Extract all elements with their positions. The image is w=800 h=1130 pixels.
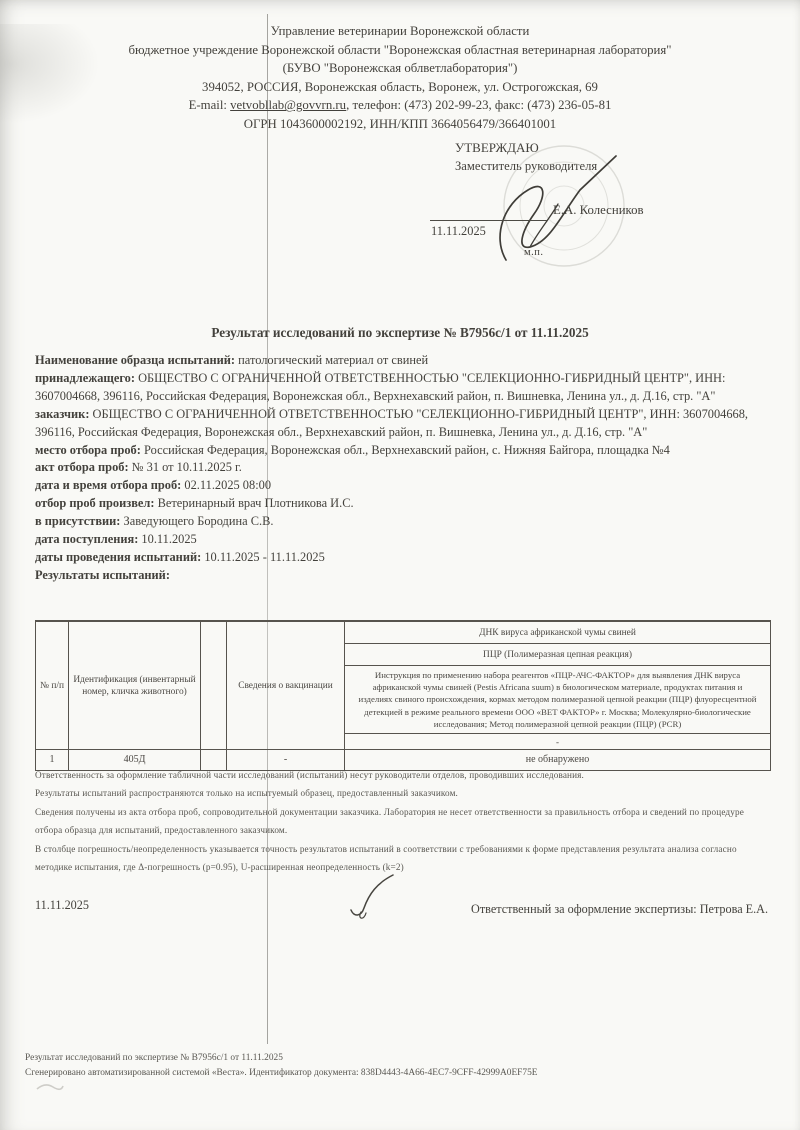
test-subheader: - [345,734,771,750]
org-short-name: (БУВО "Воронежская облветлаборатория") [30,59,770,78]
report-title: Результат исследований по экспертизе № В… [30,325,770,341]
results-table: № п/п Идентификация (инвентарный номер, … [35,620,771,771]
report-date: 11.11.2025 [35,898,89,913]
document-footer: Результат исследований по экспертизе № В… [25,1051,785,1081]
responsible-person-line: Ответственный за оформление экспертизы: … [471,902,768,917]
field-sampling-place: место отбора проб: Российская Федерация,… [35,442,775,460]
footer-expertise-line: Результат исследований по экспертизе № В… [25,1051,785,1066]
note-line: В столбце погрешность/неопределенность у… [35,840,773,877]
test-method-header: ПЦР (Полимеразная цепная реакция) [345,644,771,666]
org-name: бюджетное учреждение Воронежской области… [30,41,770,60]
note-line: Ответственность за оформление табличной … [35,766,773,784]
test-description-header: Инструкция по применению набора реагенто… [345,666,771,734]
org-header: Управление ветеринарии Воронежской облас… [30,22,770,134]
field-sampling-act: акт отбора проб: № 31 от 10.11.2025 г. [35,459,775,477]
approver-name: Е.А. Колесников [553,203,644,218]
executor-signature-icon [345,872,397,924]
org-authority: Управление ветеринарии Воронежской облас… [30,22,770,41]
col-header-vaccination: Сведения о вакцинации [227,621,345,750]
scanned-document-page: Управление ветеринарии Воронежской облас… [0,0,800,1130]
email-label: E-mail: [189,98,227,112]
sample-fields: Наименование образца испытаний: патологи… [35,352,775,585]
disclaimer-notes: Ответственность за оформление табличной … [35,766,773,876]
signature-line [430,198,547,221]
field-results-heading: Результаты испытаний: [35,567,775,585]
col-header-identification: Идентификация (инвентарный номер, кличка… [69,621,201,750]
field-sample-name: Наименование образца испытаний: патологи… [35,352,775,370]
footer-generated-line: Сгенерировано автоматизированной системо… [25,1066,785,1081]
seal-place-mark: м.п. [524,247,544,258]
org-registration-numbers: ОГРН 1043600002192, ИНН/КПП 3664056479/3… [30,115,770,134]
field-owner: принадлежащего: ОБЩЕСТВО С ОГРАНИЧЕННОЙ … [35,370,775,406]
col-header-empty [201,621,227,750]
org-address: 394052, РОССИЯ, Воронежская область, Вор… [30,78,770,97]
field-customer: заказчик: ОБЩЕСТВО С ОГРАНИЧЕННОЙ ОТВЕТС… [35,406,775,442]
field-sampling-datetime: дата и время отбора проб: 02.11.2025 08:… [35,477,775,495]
approval-date: 11.11.2025 [431,224,486,239]
field-received-date: дата поступления: 10.11.2025 [35,531,775,549]
col-header-number: № п/п [36,621,69,750]
org-contacts-line: E-mail: vetvobllab@govvrn.ru, телефон: (… [30,96,770,115]
org-phone-fax: , телефон: (473) 202-99-23, факс: (473) … [346,98,611,112]
note-line: Результаты испытаний распространяются то… [35,784,773,802]
field-witness: в присутствии: Заведующего Бородина С.В. [35,513,775,531]
test-group-header: ДНК вируса африканской чумы свиней [345,621,771,644]
note-line: Сведения получены из акта отбора проб, с… [35,803,773,840]
pencil-smudge [35,1080,65,1094]
email-link: vetvobllab@govvrn.ru [230,98,346,112]
field-test-dates: даты проведения испытаний: 10.11.2025 - … [35,549,775,567]
field-sampler: отбор проб произвел: Ветеринарный врач П… [35,495,775,513]
